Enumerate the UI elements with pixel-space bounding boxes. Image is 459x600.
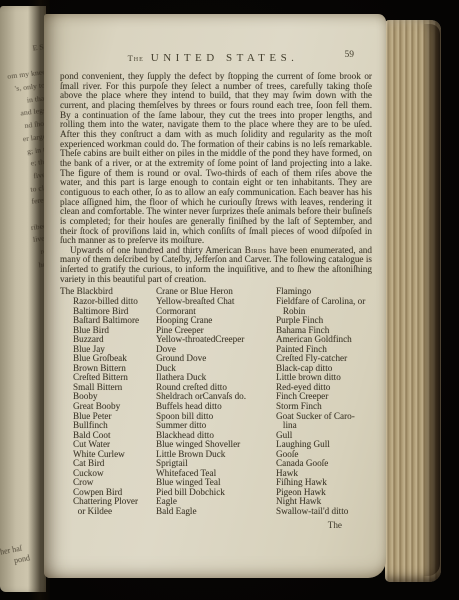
running-header-title: UNITED STATES.: [151, 52, 299, 64]
paragraph-beavers: pond convenient, they ſupply the defect …: [60, 72, 372, 246]
page-number: 59: [345, 50, 355, 60]
bird-column-3: FlamingoFieldfare of Carolina, or RobinP…: [276, 287, 372, 516]
fore-edge-shading: [424, 24, 440, 576]
bird-name: Swallow-tail'd ditto: [276, 507, 372, 517]
book-page: TheUNITED STATES. 59 pond convenient, th…: [44, 14, 386, 578]
bird-column-2: Crane or Blue HeronYellow-breaſted ChatC…: [156, 287, 276, 516]
paragraph-birds-intro: Upwards of one hundred and thirty Americ…: [60, 246, 372, 285]
bird-name: or Kildee: [73, 507, 156, 517]
birds-smallcaps-word: Birds: [245, 245, 267, 255]
facing-page-catchword: her haſ pond: [0, 542, 31, 569]
book-photo: E S. om my knees's, only to cin that aan…: [0, 0, 459, 600]
birds-intro-before: Upwards of one hundred and thirty Americ…: [70, 245, 245, 255]
bird-name: Bald Eagle: [156, 507, 276, 517]
bird-column-1: The BlackbirdRazor-billed dittoBaltimore…: [60, 287, 156, 516]
running-header-the: The: [128, 53, 144, 63]
bird-catalogue: The BlackbirdRazor-billed dittoBaltimore…: [60, 287, 372, 516]
catchword: The: [60, 520, 372, 530]
running-header: TheUNITED STATES. 59: [60, 48, 366, 63]
